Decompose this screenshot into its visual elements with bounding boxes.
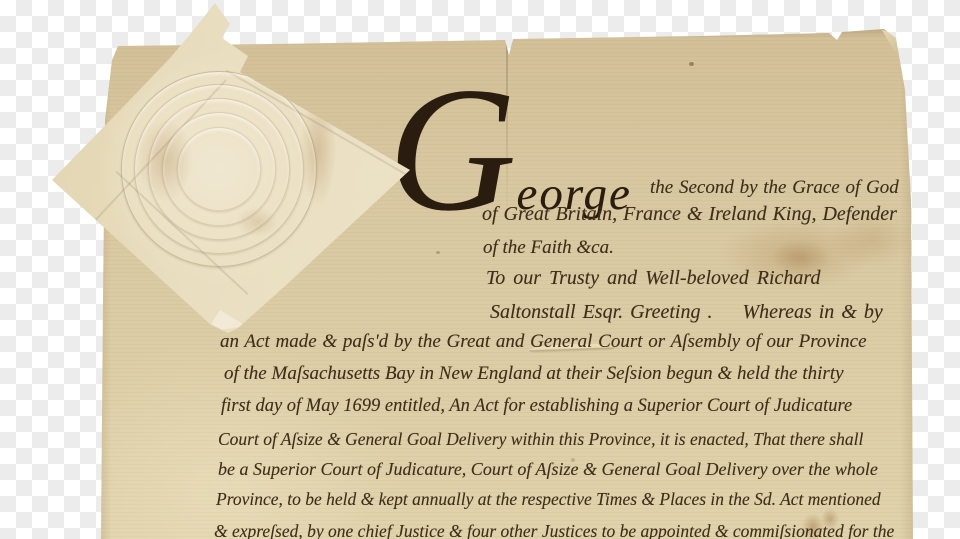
manuscript-line: & expreſsed, by one chief Justice & four… [214,521,894,539]
ink-speck [436,251,440,254]
folded-corner [882,28,908,54]
manuscript-line: Saltonstall Esqr. Greeting . Whereas in … [490,301,883,324]
manuscript-line: Province, to be held & kept annually at … [216,489,881,510]
manuscript-line: of the Faith &ca. [483,237,614,259]
manuscript-line: To our Trusty and Well-beloved Richard [486,267,820,290]
ink-speck [689,62,694,66]
manuscript-line: first day of May 1699 entitled, An Act f… [221,396,852,417]
manuscript-line: the Second by the Grace of God [650,177,899,199]
manuscript-line: Court of Aſsize & General Goal Delivery … [218,429,863,450]
manuscript-line: be a Superior Court of Judicature, Court… [218,459,878,480]
embossed-seal-ring [177,127,261,211]
document-photo: George the Second by the Grace of God of… [0,0,960,539]
manuscript-line: of Great Britain, France & Ireland King,… [482,203,897,226]
manuscript-line: of the Maſsachusetts Bay in New England … [224,363,844,385]
manuscript-line: an Act made & paſs'd by the Great and Ge… [220,331,867,353]
